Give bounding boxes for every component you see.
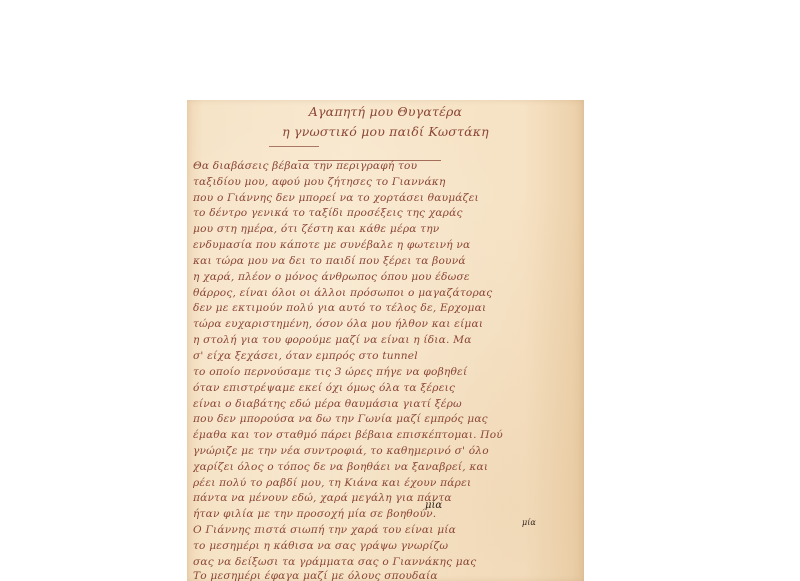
- body-line: όταν επιστρέψαμε εκεί όχι όμως όλα τα ξέ…: [193, 382, 578, 394]
- letter-paper: Αγαπητή μου Θυγατέρα η γνωστικό μου παιδ…: [187, 100, 584, 581]
- body-line: τώρα ευχαριστημένη, όσον όλα μου ήλθον κ…: [193, 318, 578, 330]
- body-line: το μεσημέρι η κάθισα να σας γράψω γνωρίζ…: [193, 540, 578, 552]
- body-line: είναι ο διαβάτης εδώ μέρα θαυμάσια γιατί…: [193, 398, 578, 410]
- body-line: ταξιδίου μου, αφού μου ζήτησες το Γιαννά…: [193, 176, 578, 188]
- salutation-line-1: Αγαπητή μου Θυγατέρα: [187, 104, 584, 119]
- inserted-annotation: μία: [522, 518, 536, 527]
- body-line: γνώριζε με την νέα συντροφιά, το καθημερ…: [193, 445, 578, 457]
- body-line: το οποίο περνούσαμε τις 3 ώρες πήγε να φ…: [193, 366, 578, 378]
- body-line: Ο Γιάννης πιστά σιωπή την χαρά του είναι…: [193, 524, 578, 536]
- body-line: σ' είχα ξεχάσει, όταν εμπρός στο tunnel: [193, 350, 578, 362]
- body-line: ήταν φιλία με την προσοχή μία σε βοηθούν…: [193, 508, 578, 520]
- body-line: ρέει πολύ το ραβδί μου, τη Κιάνα και έχο…: [193, 477, 578, 489]
- body-line: χαρίζει όλος ο τόπος δε να βοηθάει να ξα…: [193, 461, 578, 473]
- body-line: και τώρα μου να δει το παιδί που ξέρει τ…: [193, 255, 578, 267]
- body-line: η στολή για του φορούμε μαζί να είναι η …: [193, 334, 578, 346]
- salutation-line-2: η γνωστικό μου παιδί Κωστάκη: [187, 124, 584, 139]
- body-line: θάρρος, είναι όλοι οι άλλοι πρόσωποι ο μ…: [193, 287, 578, 299]
- body-line: το δέντρο γενικά το ταξίδι προσέξεις της…: [193, 207, 578, 219]
- body-line: η χαρά, πλέον ο μόνος άνθρωπος όπου μου …: [193, 271, 578, 283]
- body-line: ενδυμασία που κάποτε με συνέβαλε η φωτει…: [193, 239, 578, 251]
- salutation-word-underline: [269, 146, 319, 147]
- body-line: πάντα να μένουν εδώ, χαρά μεγάλη για πάν…: [193, 492, 578, 504]
- body-line: δεν με εκτιμούν πολύ για αυτό το τέλος δ…: [193, 302, 578, 314]
- body-line: Θα διαβάσεις βέβαια την περιγραφή του: [193, 160, 578, 172]
- body-line: που δεν μπορούσα να δω την Γωνία μαζί εμ…: [193, 413, 578, 425]
- inserted-annotation: μία: [425, 500, 442, 511]
- body-line: μου στη ημέρα, ότι ζέστη και κάθε μέρα τ…: [193, 223, 578, 235]
- body-line: έμαθα και τον σταθμό πάρει βέβαια επισκέ…: [193, 429, 578, 441]
- body-line: που ο Γιάννης δεν μπορεί να το χορτάσει …: [193, 192, 578, 204]
- scan-viewport: Αγαπητή μου Θυγατέρα η γνωστικό μου παιδ…: [0, 0, 800, 581]
- body-line: σας να δείξωσι τα γράμματα σας ο Γιαννάκ…: [193, 556, 578, 568]
- body-line: Το μεσημέρι έφαγα μαζί με όλους σπουδαία: [193, 570, 578, 581]
